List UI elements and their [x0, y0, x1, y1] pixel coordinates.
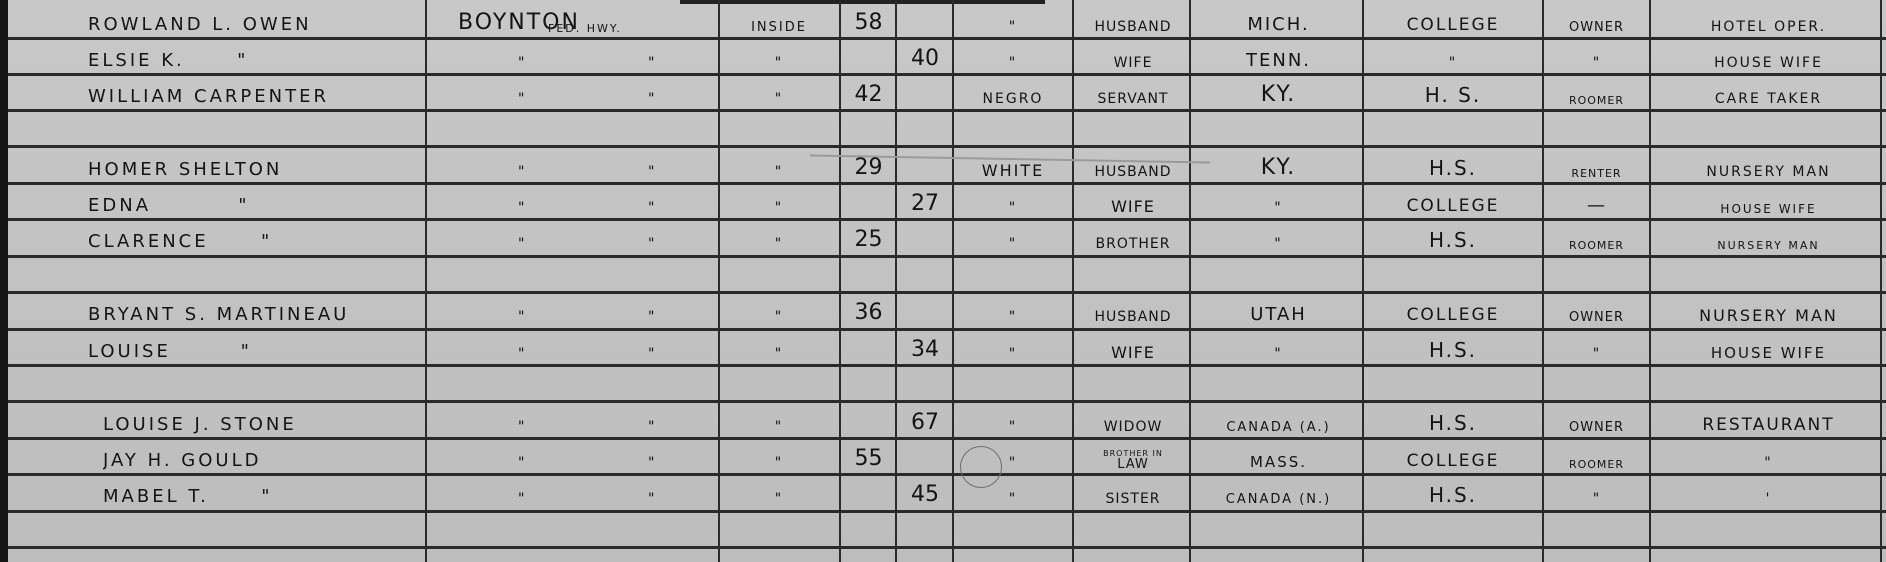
location-cell: ": [720, 329, 838, 365]
tenure-cell: ": [1544, 329, 1649, 365]
name-cell: HOMER SHELTON: [88, 147, 423, 183]
name-cell: JAY H. GOULD: [103, 438, 438, 474]
location-cell: INSIDE: [720, 2, 838, 38]
relationship-cell: SERVANT: [1074, 74, 1192, 110]
age-female-cell: [897, 438, 953, 474]
tenure-cell: ROOMER: [1544, 438, 1649, 474]
location-cell: ": [720, 183, 838, 219]
birthplace-cell: CANADA (A.): [1191, 402, 1366, 438]
tenure-cell: OWNER: [1544, 402, 1649, 438]
birthplace-cell: KY.: [1191, 147, 1366, 183]
tenure-cell: ROOMER: [1544, 74, 1649, 110]
relationship-cell: BROTHER IN LAW: [1074, 438, 1192, 474]
age-male-cell: 36: [841, 292, 896, 328]
street-suffix-cell: FED. HWY.: [548, 2, 728, 38]
row-rule: [8, 510, 1886, 513]
race-cell: ": [954, 38, 1072, 74]
location-cell: ": [720, 292, 838, 328]
table-row: LOUISE " " " " 34 " WIFE " H.S. " HOUSE …: [8, 329, 1886, 365]
relationship-cell: HUSBAND: [1074, 292, 1192, 328]
birthplace-cell: MASS.: [1191, 438, 1366, 474]
table-row: HOMER SHELTON " " " 29 WHITE HUSBAND KY.…: [8, 147, 1886, 183]
tenure-cell: OWNER: [1544, 292, 1649, 328]
age-male-cell: 55: [841, 438, 896, 474]
census-sheet: ROWLAND L. OWEN BOYNTON FED. HWY. INSIDE…: [0, 0, 1886, 562]
age-male-cell: 58: [841, 2, 896, 38]
race-cell: ": [954, 219, 1072, 255]
name-cell: LOUISE J. STONE: [103, 402, 438, 438]
table-row: EDNA " " " " 27 " WIFE " COLLEGE — HOUSE…: [8, 183, 1886, 219]
table-row: BRYANT S. MARTINEAU " " " 36 " HUSBAND U…: [8, 292, 1886, 328]
occupation-cell: HOUSE WIFE: [1651, 329, 1886, 365]
name-cell: MABEL T. ": [103, 474, 438, 510]
age-female-cell: 27: [897, 183, 953, 219]
relationship-cell: WIFE: [1074, 38, 1192, 74]
birthplace-cell: ": [1191, 183, 1366, 219]
birthplace-cell: ": [1191, 219, 1366, 255]
tenure-cell: ROOMER: [1544, 219, 1649, 255]
tenure-cell: RENTER: [1544, 147, 1649, 183]
education-cell: COLLEGE: [1364, 183, 1542, 219]
relationship-cell: WIFE: [1074, 183, 1192, 219]
race-cell: ": [954, 329, 1072, 365]
occupation-cell: RESTAURANT: [1651, 402, 1886, 438]
relationship-cell: HUSBAND: [1074, 147, 1192, 183]
occupation-cell: CARE TAKER: [1651, 74, 1886, 110]
table-row-blank: [8, 110, 1886, 146]
age-male-cell: [841, 474, 896, 510]
relationship-cell: SISTER: [1074, 474, 1192, 510]
age-female-cell: [897, 292, 953, 328]
age-female-cell: 40: [897, 38, 953, 74]
education-cell: H.S.: [1364, 402, 1542, 438]
age-female-cell: 34: [897, 329, 953, 365]
table-row-blank: [8, 365, 1886, 401]
name-cell: LOUISE ": [88, 329, 423, 365]
age-female-cell: 45: [897, 474, 953, 510]
occupation-cell: ": [1651, 438, 1886, 474]
education-cell: H.S.: [1364, 329, 1542, 365]
relationship-cell: WIFE: [1074, 329, 1192, 365]
birthplace-cell: ": [1191, 329, 1366, 365]
age-female-cell: [897, 2, 953, 38]
age-male-cell: 29: [841, 147, 896, 183]
race-cell: ": [954, 292, 1072, 328]
education-cell: ": [1364, 38, 1542, 74]
location-cell: ": [720, 438, 838, 474]
tenure-cell: OWNER: [1544, 2, 1649, 38]
age-female-cell: [897, 147, 953, 183]
occupation-cell: NURSERY MAN: [1651, 292, 1886, 328]
location-cell: ": [720, 147, 838, 183]
table-row-blank: [8, 256, 1886, 292]
race-cell: NEGRO: [954, 74, 1072, 110]
race-cell: ": [954, 402, 1072, 438]
age-male-cell: [841, 329, 896, 365]
occupation-cell: NURSERY MAN: [1651, 147, 1886, 183]
table-row: CLARENCE " " " " 25 " BROTHER " H.S. ROO…: [8, 219, 1886, 255]
occupation-cell: ': [1651, 474, 1886, 510]
name-cell: ROWLAND L. OWEN: [88, 2, 423, 38]
table-row: MABEL T. " " " " 45 " SISTER CANADA (N.)…: [8, 474, 1886, 510]
tenure-cell: ": [1544, 474, 1649, 510]
age-male-cell: 25: [841, 219, 896, 255]
table-row: ROWLAND L. OWEN BOYNTON FED. HWY. INSIDE…: [8, 2, 1886, 38]
scan-left-edge: [0, 0, 8, 562]
race-cell: ": [954, 474, 1072, 510]
name-cell: ELSIE K. ": [88, 38, 423, 74]
education-cell: H.S.: [1364, 147, 1542, 183]
relationship-cell: BROTHER: [1074, 219, 1192, 255]
tenure-cell: —: [1544, 183, 1649, 219]
location-cell: ": [720, 74, 838, 110]
location-cell: ": [720, 38, 838, 74]
birthplace-cell: CANADA (N.): [1191, 474, 1366, 510]
occupation-cell: NURSERY MAN: [1651, 219, 1886, 255]
location-cell: ": [720, 402, 838, 438]
row-rule: [8, 546, 1886, 549]
age-male-cell: [841, 402, 896, 438]
table-row: ELSIE K. " " " " 40 " WIFE TENN. " " HOU…: [8, 38, 1886, 74]
race-cell: WHITE: [954, 147, 1072, 183]
location-cell: ": [720, 219, 838, 255]
race-cell: ": [954, 2, 1072, 38]
name-cell: BRYANT S. MARTINEAU: [88, 292, 423, 328]
birthplace-cell: UTAH: [1191, 292, 1366, 328]
location-cell: ": [720, 474, 838, 510]
education-cell: COLLEGE: [1364, 2, 1542, 38]
birthplace-cell: KY.: [1191, 74, 1366, 110]
age-female-cell: [897, 219, 953, 255]
age-female-cell: [897, 74, 953, 110]
name-cell: EDNA ": [88, 183, 423, 219]
education-cell: H. S.: [1364, 74, 1542, 110]
occupation-cell: HOTEL OPER.: [1651, 2, 1886, 38]
name-cell: CLARENCE ": [88, 219, 423, 255]
education-cell: H.S.: [1364, 474, 1542, 510]
relationship-line-2: LAW: [1117, 458, 1149, 471]
tenure-cell: ": [1544, 38, 1649, 74]
age-female-cell: 67: [897, 402, 953, 438]
name-cell: WILLIAM CARPENTER: [88, 74, 423, 110]
race-cell: ": [954, 183, 1072, 219]
occupation-cell: HOUSE WIFE: [1651, 183, 1886, 219]
age-male-cell: [841, 38, 896, 74]
occupation-cell: HOUSE WIFE: [1651, 38, 1886, 74]
table-row: LOUISE J. STONE " " " 67 " WIDOW CANADA …: [8, 402, 1886, 438]
race-cell: ": [954, 438, 1072, 474]
age-male-cell: [841, 183, 896, 219]
education-cell: COLLEGE: [1364, 438, 1542, 474]
education-cell: COLLEGE: [1364, 292, 1542, 328]
table-row: JAY H. GOULD " " " 55 " BROTHER IN LAW M…: [8, 438, 1886, 474]
education-cell: H.S.: [1364, 219, 1542, 255]
age-male-cell: 42: [841, 74, 896, 110]
relationship-cell: WIDOW: [1074, 402, 1192, 438]
relationship-cell: HUSBAND: [1074, 2, 1192, 38]
birthplace-cell: MICH.: [1191, 2, 1366, 38]
table-row: WILLIAM CARPENTER " " " 42 NEGRO SERVANT…: [8, 74, 1886, 110]
birthplace-cell: TENN.: [1191, 38, 1366, 74]
